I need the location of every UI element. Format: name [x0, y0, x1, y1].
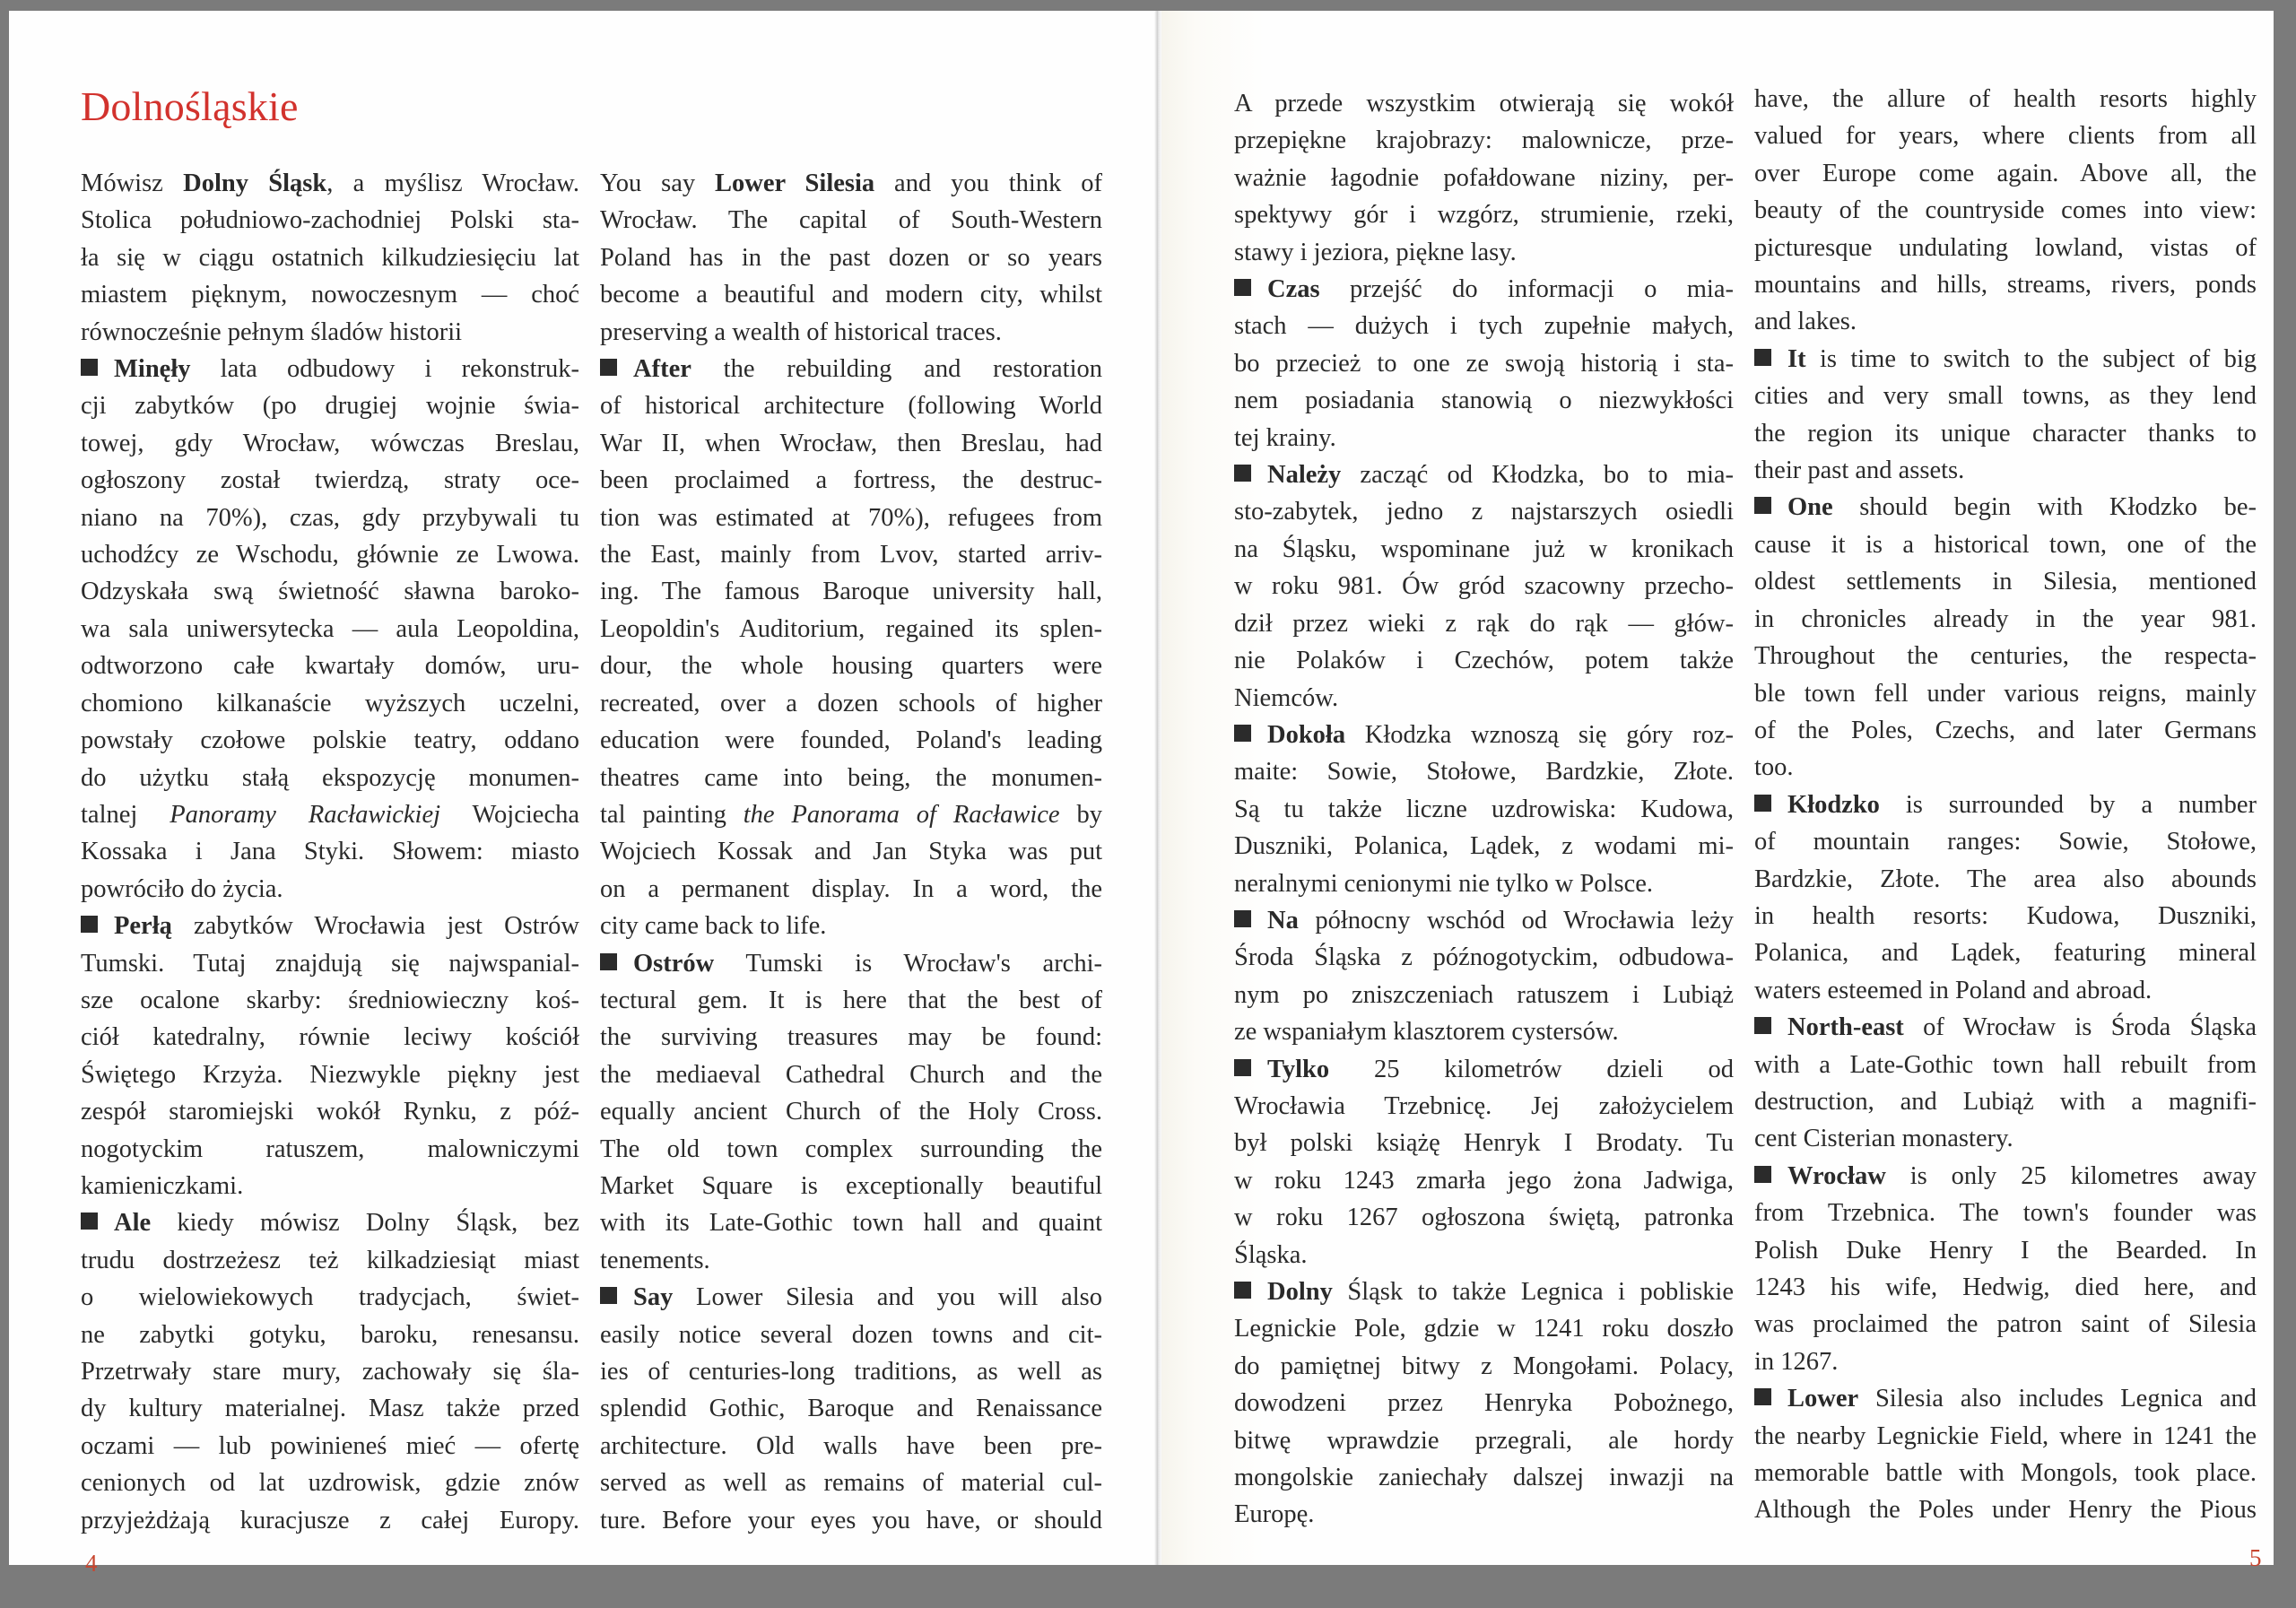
- text-line: tenements.: [600, 1242, 1102, 1279]
- text-run: Wojciecha: [440, 801, 579, 829]
- text-run: lata odbudowy i rekonstruk-: [191, 355, 580, 383]
- text-run: niano na 70%), czas, gdy przybywali tu: [81, 504, 579, 532]
- text-run: cause it is a historical town, one of th…: [1754, 531, 2257, 559]
- paragraph-start-line: Say Lower Silesia and you will also: [600, 1279, 1102, 1316]
- square-bullet-icon: [81, 359, 98, 376]
- text-line: był polski książę Henryk I Brodaty. Tu: [1234, 1125, 1734, 1161]
- text-run: tion was estimated at 70%), refugees fro…: [600, 504, 1102, 532]
- text-run: Lower Silesia and you will also: [673, 1283, 1102, 1311]
- paragraph-start-line: Na północny wschód od Wrocławia leży: [1234, 902, 1734, 939]
- lead-word: Tylko: [1267, 1056, 1329, 1083]
- text-line: uchodźcy ze Wschodu, głównie ze Lwowa.: [81, 536, 579, 573]
- text-line: recreated, over a dozen schools of highe…: [600, 685, 1102, 722]
- text-run: mongolskie zaniechały dalszej inwazji na: [1234, 1464, 1734, 1491]
- text-line: You say Lower Silesia and you think of: [600, 165, 1102, 202]
- text-run: maite: Sowie, Stołowe, Bardzkie, Złote.: [1234, 758, 1734, 786]
- text-line: powstały czołowe polskie teatry, oddano: [81, 722, 579, 759]
- text-line: the mediaeval Cathedral Church and the: [600, 1056, 1102, 1093]
- lead-word: Dokoła: [1267, 721, 1345, 749]
- text-line: War II, when Wrocław, then Breslau, had: [600, 425, 1102, 462]
- text-line: do pamiętnej bitwy z Mongołami. Polacy,: [1234, 1348, 1734, 1385]
- text-run: tectural gem. It is here that the best o…: [600, 987, 1102, 1014]
- text-line: with its Late-Gothic town hall and quain…: [600, 1204, 1102, 1241]
- text-run: over Europe come again. Above all, the: [1754, 160, 2257, 187]
- text-run: the region its unique character thanks t…: [1754, 420, 2257, 448]
- text-run: Duszniki, Polanica, Lądek, z wodami mi-: [1234, 832, 1734, 860]
- text-run: of mountain ranges: Sowie, Stołowe,: [1754, 828, 2257, 856]
- paragraph-start-line: One should begin with Kłodzko be-: [1754, 489, 2257, 526]
- text-line: ogłoszony został twierdzą, straty oce-: [81, 462, 579, 499]
- text-line: Tumski. Tutaj znajdują się najwspanial-: [81, 945, 579, 982]
- text-run: equally ancient Church of the Holy Cross…: [600, 1098, 1102, 1126]
- text-line: the region its unique character thanks t…: [1754, 415, 2257, 452]
- text-line: neralnymi cenionymi nie tylko w Polsce.: [1234, 865, 1734, 902]
- text-run: Throughout the centuries, the respecta-: [1754, 642, 2257, 670]
- italic-title: Panoramy Racławickiej: [170, 801, 440, 829]
- text-run: północny wschód od Wrocławia leży: [1299, 907, 1734, 934]
- text-line: Legnickie Pole, gdzie w 1241 roku doszło: [1234, 1310, 1734, 1347]
- text-run: is time to switch to the subject of big: [1806, 345, 2257, 373]
- text-run: mountains and hills, streams, rivers, po…: [1754, 271, 2257, 299]
- text-line: w roku 981. Ów gród szacowny przecho-: [1234, 568, 1734, 604]
- text-run: 25 kilometrów dzieli od: [1329, 1056, 1734, 1083]
- text-line: their past and assets.: [1754, 452, 2257, 489]
- text-run: splendid Gothic, Baroque and Renaissance: [600, 1395, 1102, 1422]
- text-run: and lakes.: [1754, 308, 1857, 335]
- paragraph-start-line: Kłodzko is surrounded by a number: [1754, 787, 2257, 823]
- text-run: ture. Before your eyes you have, or shou…: [600, 1507, 1102, 1534]
- text-line: Kossaka i Jana Styki. Słowem: miasto: [81, 833, 579, 870]
- text-run: do użytku stałą ekspozycję monumen-: [81, 764, 579, 792]
- text-line: o wielowiekowych tradycjach, świet-: [81, 1279, 579, 1316]
- text-line: education were founded, Poland's leading: [600, 722, 1102, 759]
- text-run: Market Square is exceptionally beautiful: [600, 1172, 1102, 1200]
- text-line: niano na 70%), czas, gdy przybywali tu: [81, 500, 579, 536]
- text-run: trudu dostrzeżesz też kilkadziesiąt mias…: [81, 1247, 579, 1274]
- text-line: oldest settlements in Silesia, mentioned: [1754, 563, 2257, 600]
- text-run: był polski książę Henryk I Brodaty. Tu: [1234, 1129, 1734, 1157]
- text-line: dour, the whole housing quarters were: [600, 648, 1102, 684]
- text-line: Although the Poles under Henry the Pious: [1754, 1491, 2257, 1528]
- text-run: A przede wszystkim otwierają się wokół: [1234, 90, 1734, 117]
- text-run: przepiękne krajobrazy: malownicze, prze-: [1234, 126, 1734, 154]
- text-line: served as well as remains of material cu…: [600, 1465, 1102, 1501]
- text-line: Odzyskała swą świetność sławna baroko-: [81, 573, 579, 610]
- square-bullet-icon: [600, 953, 617, 970]
- text-run: nem posiadania stanowią o niezwykłości: [1234, 387, 1734, 414]
- paragraph-start-line: North-east of Wrocław is Środa Śląska: [1754, 1009, 2257, 1046]
- text-line: beauty of the countryside comes into vie…: [1754, 192, 2257, 229]
- lead-word: Lower Silesia: [715, 169, 874, 197]
- text-line: Przetrwały stare mury, zachowały się śla…: [81, 1353, 579, 1390]
- text-run: beauty of the countryside comes into vie…: [1754, 196, 2257, 224]
- text-run: Kłodzka wznoszą się góry roz-: [1345, 721, 1734, 749]
- text-line: Są tu także liczne uzdrowiska: Kudowa,: [1234, 791, 1734, 828]
- text-run: tej krainy.: [1234, 424, 1336, 452]
- text-line: chomiono kilkanaście wyższych uczelni,: [81, 685, 579, 722]
- text-line: Europę.: [1234, 1496, 1734, 1533]
- text-run: ogłoszony został twierdzą, straty oce-: [81, 466, 579, 494]
- square-bullet-icon: [1754, 1166, 1771, 1183]
- text-run: tal painting: [600, 801, 744, 829]
- text-run: too.: [1754, 753, 1794, 781]
- text-run: Silesia also includes Legnica and: [1858, 1385, 2257, 1412]
- text-line: Niemców.: [1234, 680, 1734, 717]
- text-line: ze wspaniałym klasztorem cystersów.: [1234, 1013, 1734, 1050]
- text-line: too.: [1754, 749, 2257, 786]
- text-line: Polanica, and Lądek, featuring mineral: [1754, 934, 2257, 971]
- text-line: zespół staromiejski wokół Rynku, z póź-: [81, 1093, 579, 1130]
- text-run: in health resorts: Kudowa, Duszniki,: [1754, 902, 2257, 930]
- paragraph-start-line: Wrocław is only 25 kilometres away: [1754, 1158, 2257, 1195]
- text-line: odtworzono całe kwartały domów, uru-: [81, 648, 579, 684]
- text-run: the surviving treasures may be found:: [600, 1023, 1102, 1051]
- text-run: cji zabytków (po drugiej wojnie świa-: [81, 392, 579, 420]
- text-run: bo przecież to one ze swoją historią i s…: [1234, 350, 1734, 378]
- text-line: over Europe come again. Above all, the: [1754, 155, 2257, 192]
- text-line: nym po zniszczeniach ratuszem i Lubiąż: [1234, 977, 1734, 1013]
- text-line: nem posiadania stanowią o niezwykłości: [1234, 382, 1734, 419]
- paragraph-start-line: Należy zacząć od Kłodzka, bo to mia-: [1234, 456, 1734, 493]
- paragraph-start-line: Dokoła Kłodzka wznoszą się góry roz-: [1234, 717, 1734, 753]
- text-run: Stolica południowo-zachodniej Polski sta…: [81, 206, 579, 234]
- lead-word: One: [1787, 493, 1833, 521]
- text-line: destruction, and Lubiąż with a magnifi-: [1754, 1083, 2257, 1120]
- text-line: Leopoldin's Auditorium, regained its spl…: [600, 611, 1102, 648]
- text-run: War II, when Wrocław, then Breslau, had: [600, 430, 1102, 457]
- square-bullet-icon: [81, 1213, 98, 1230]
- text-run: przejść do informacji o mia-: [1320, 275, 1734, 303]
- text-run: Mówisz: [81, 169, 183, 197]
- text-run: with its Late-Gothic town hall and quain…: [600, 1209, 1102, 1237]
- text-run: The old town complex surrounding the: [600, 1135, 1102, 1163]
- text-run: should begin with Kłodzko be-: [1833, 493, 2257, 521]
- text-run: dowodzeni przez Henryka Pobożnego,: [1234, 1389, 1734, 1417]
- text-line: tal painting the Panorama of Racławice b…: [600, 796, 1102, 833]
- paragraph-start-line: Ale kiedy mówisz Dolny Śląsk, bez: [81, 1204, 579, 1241]
- text-line: Mówisz Dolny Śląsk, a myślisz Wrocław.: [81, 165, 579, 202]
- text-line: cause it is a historical town, one of th…: [1754, 526, 2257, 563]
- square-bullet-icon: [1234, 1059, 1251, 1076]
- text-run: nym po zniszczeniach ratuszem i Lubiąż: [1234, 981, 1734, 1009]
- text-run: kiedy mówisz Dolny Śląsk, bez: [151, 1209, 579, 1237]
- text-run: destruction, and Lubiąż with a magnifi-: [1754, 1088, 2257, 1116]
- text-line: architecture. Old walls have been pre-: [600, 1428, 1102, 1465]
- text-line: memorable battle with Mongols, took plac…: [1754, 1455, 2257, 1491]
- text-line: nie Polaków i Czechów, potem także: [1234, 642, 1734, 679]
- text-run: ing. The famous Baroque university hall,: [600, 578, 1102, 605]
- square-bullet-icon: [600, 1287, 617, 1304]
- square-bullet-icon: [1234, 910, 1251, 927]
- text-run: become a beautiful and modern city, whil…: [600, 281, 1102, 309]
- text-run: nie Polaków i Czechów, potem także: [1234, 647, 1734, 674]
- text-line: the East, mainly from Lvov, started arri…: [600, 536, 1102, 573]
- text-run: w roku 1267 ogłoszona świętą, patronka: [1234, 1204, 1734, 1231]
- text-run: Wrocławia Trzebnicę. Jej założycielem: [1234, 1092, 1734, 1120]
- text-line: theatres came into being, the monumen-: [600, 760, 1102, 796]
- text-run: uchodźcy ze Wschodu, głównie ze Lwowa.: [81, 541, 579, 569]
- text-run: waters esteemed in Poland and abroad.: [1754, 977, 2152, 1004]
- text-line: trudu dostrzeżesz też kilkadziesiąt mias…: [81, 1242, 579, 1279]
- text-run: o wielowiekowych tradycjach, świet-: [81, 1283, 579, 1311]
- text-run: the nearby Legnickie Field, where in 124…: [1754, 1422, 2257, 1450]
- text-run: Poland has in the past dozen or so years: [600, 244, 1102, 272]
- text-run: ze wspaniałym klasztorem cystersów.: [1234, 1018, 1619, 1046]
- text-run: in 1267.: [1754, 1348, 1838, 1376]
- text-run: dy kultury materialnej. Masz także przed: [81, 1395, 579, 1422]
- text-run: Tumski is Wrocław's archi-: [714, 950, 1102, 978]
- paragraph-start-line: Czas przejść do informacji o mia-: [1234, 271, 1734, 308]
- lead-word: It: [1787, 345, 1806, 373]
- lead-word: Ostrów: [633, 950, 714, 978]
- text-run: Tumski. Tutaj znajdują się najwspanial-: [81, 950, 579, 978]
- text-run: stach — dużych i tych zupełnie małych,: [1234, 312, 1734, 340]
- square-bullet-icon: [1754, 1017, 1771, 1034]
- text-run: chomiono kilkanaście wyższych uczelni,: [81, 690, 579, 717]
- text-run: easily notice several dozen towns and ci…: [600, 1321, 1102, 1349]
- lead-word: Minęły: [114, 355, 191, 383]
- text-run: on a permanent display. In a word, the: [600, 875, 1102, 903]
- text-line: in 1267.: [1754, 1343, 2257, 1380]
- text-run: w roku 981. Ów gród szacowny przecho-: [1234, 572, 1734, 600]
- text-run: oczami — lub powinieneś mieć — ofertę: [81, 1432, 579, 1460]
- text-run: ne zabytki gotyku, baroku, renesansu.: [81, 1321, 579, 1349]
- text-line: dowodzeni przez Henryka Pobożnego,: [1234, 1385, 1734, 1421]
- text-run: Wojciech Kossak and Jan Styka was put: [600, 838, 1102, 865]
- text-line: waters esteemed in Poland and abroad.: [1754, 972, 2257, 1009]
- text-run: education were founded, Poland's leading: [600, 726, 1102, 754]
- text-line: in chronicles already in the year 981.: [1754, 601, 2257, 638]
- text-run: ies of centuries-long traditions, as wel…: [600, 1358, 1102, 1386]
- paragraph-start-line: Perłą zabytków Wrocławia jest Ostrów: [81, 908, 579, 944]
- page-number-left: 4: [85, 1550, 98, 1578]
- text-line: Wrocław. The capital of South-Western: [600, 202, 1102, 239]
- text-line: bo przecież to one ze swoją historią i s…: [1234, 345, 1734, 382]
- text-run: Bardzkie, Złote. The area also abounds: [1754, 865, 2257, 893]
- text-line: easily notice several dozen towns and ci…: [600, 1317, 1102, 1353]
- text-run: Są tu także liczne uzdrowiska: Kudowa,: [1234, 795, 1734, 823]
- paragraph-start-line: Minęły lata odbudowy i rekonstruk-: [81, 351, 579, 387]
- text-line: Bardzkie, Złote. The area also abounds: [1754, 861, 2257, 898]
- text-line: miastem pięknym, nowoczesnym — choć: [81, 276, 579, 313]
- text-run: bitwę wprawdzie przegrali, ale hordy: [1234, 1427, 1734, 1455]
- text-run: zacząć od Kłodzka, bo to mia-: [1341, 461, 1734, 489]
- text-line: powróciło do życia.: [81, 871, 579, 908]
- text-line: Świętego Krzyża. Niezwykle piękny jest: [81, 1056, 579, 1093]
- text-line: city came back to life.: [600, 908, 1102, 944]
- text-run: of Wrocław is Środa Śląska: [1904, 1013, 2257, 1041]
- lead-word: Lower: [1787, 1385, 1858, 1412]
- text-run: and you think of: [874, 169, 1102, 197]
- text-run: Leopoldin's Auditorium, regained its spl…: [600, 615, 1102, 643]
- text-line: stach — dużych i tych zupełnie małych,: [1234, 308, 1734, 344]
- text-line: ture. Before your eyes you have, or shou…: [600, 1502, 1102, 1539]
- text-line: ing. The famous Baroque university hall,: [600, 573, 1102, 610]
- text-line: Wrocławia Trzebnicę. Jej założycielem: [1234, 1088, 1734, 1125]
- lead-word: Na: [1267, 907, 1299, 934]
- text-run: talnej: [81, 801, 170, 829]
- text-line: become a beautiful and modern city, whil…: [600, 276, 1102, 313]
- text-run: from Trzebnica. The town's founder was: [1754, 1199, 2257, 1227]
- text-run: memorable battle with Mongols, took plac…: [1754, 1459, 2257, 1487]
- text-run: oldest settlements in Silesia, mentioned: [1754, 568, 2257, 595]
- text-line: Środa Śląska z późnogotyckim, odbudowa-: [1234, 939, 1734, 976]
- text-run: preserving a wealth of historical traces…: [600, 318, 1002, 346]
- page-title: Dolnośląskie: [81, 83, 299, 130]
- text-run: kamieniczkami.: [81, 1172, 243, 1200]
- column-left-polish: Mówisz Dolny Śląsk, a myślisz Wrocław.St…: [81, 165, 579, 1539]
- italic-title: the Panorama of Racławice: [744, 801, 1060, 829]
- text-run: tenements.: [600, 1247, 710, 1274]
- text-run: with a Late-Gothic town hall rebuilt fro…: [1754, 1051, 2257, 1079]
- text-run: by: [1060, 801, 1102, 829]
- square-bullet-icon: [1234, 725, 1251, 742]
- text-run: do pamiętnej bitwy z Mongołami. Polacy,: [1234, 1352, 1734, 1380]
- text-line: of the Poles, Czechs, and later Germans: [1754, 712, 2257, 749]
- text-line: the surviving treasures may be found:: [600, 1019, 1102, 1056]
- paragraph-start-line: Tylko 25 kilometrów dzieli od: [1234, 1051, 1734, 1088]
- text-line: kamieniczkami.: [81, 1168, 579, 1204]
- text-run: dour, the whole housing quarters were: [600, 652, 1102, 680]
- text-line: równocześnie pełnym śladów historii: [81, 314, 579, 351]
- text-run: theatres came into being, the monumen-: [600, 764, 1102, 792]
- text-line: mountains and hills, streams, rivers, po…: [1754, 266, 2257, 303]
- text-run: Legnickie Pole, gdzie w 1241 roku doszło: [1234, 1315, 1734, 1343]
- text-line: spektywy gór i wzgórz, strumienie, rzeki…: [1234, 196, 1734, 233]
- text-run: miastem pięknym, nowoczesnym — choć: [81, 281, 579, 309]
- text-line: maite: Sowie, Stołowe, Bardzkie, Złote.: [1234, 753, 1734, 790]
- text-line: sto-zabytek, jedno z najstarszych osiedl…: [1234, 493, 1734, 530]
- text-line: Duszniki, Polanica, Lądek, z wodami mi-: [1234, 828, 1734, 865]
- text-run: is only 25 kilometres away: [1886, 1162, 2257, 1190]
- text-line: ciół katedralny, równie leciwy kościół: [81, 1019, 579, 1056]
- square-bullet-icon: [1754, 497, 1771, 514]
- text-run: , a myślisz Wrocław.: [326, 169, 579, 197]
- text-run: the mediaeval Cathedral Church and the: [600, 1061, 1102, 1089]
- text-run: of historical architecture (following Wo…: [600, 392, 1102, 420]
- lead-word: After: [633, 355, 691, 383]
- text-line: cities and very small towns, as they len…: [1754, 378, 2257, 414]
- text-run: powstały czołowe polskie teatry, oddano: [81, 726, 579, 754]
- text-line: in health resorts: Kudowa, Duszniki,: [1754, 898, 2257, 934]
- column-right-polish: A przede wszystkim otwierają się wokółpr…: [1234, 85, 1734, 1534]
- text-line: was proclaimed the patron saint of Siles…: [1754, 1306, 2257, 1343]
- text-run: architecture. Old walls have been pre-: [600, 1432, 1102, 1460]
- text-line: przyjeżdżają kuracjusze z całej Europy.: [81, 1502, 579, 1539]
- text-run: was proclaimed the patron saint of Siles…: [1754, 1310, 2257, 1338]
- text-line: dził przez wieki z rąk do rąk — głów-: [1234, 605, 1734, 642]
- square-bullet-icon: [1234, 279, 1251, 296]
- paragraph-start-line: Lower Silesia also includes Legnica and: [1754, 1380, 2257, 1417]
- text-run: the rebuilding and restoration: [691, 355, 1102, 383]
- text-line: Market Square is exceptionally beautiful: [600, 1168, 1102, 1204]
- text-run: the East, mainly from Lvov, started arri…: [600, 541, 1102, 569]
- text-run: have, the allure of health resorts highl…: [1754, 85, 2257, 113]
- text-line: Wojciech Kossak and Jan Styka was put: [600, 833, 1102, 870]
- text-line: do użytku stałą ekspozycję monumen-: [81, 760, 579, 796]
- text-run: cities and very small towns, as they len…: [1754, 382, 2257, 410]
- lead-word: Say: [633, 1283, 673, 1311]
- text-line: cji zabytków (po drugiej wojnie świa-: [81, 387, 579, 424]
- text-run: przyjeżdżają kuracjusze z całej Europy.: [81, 1507, 579, 1534]
- text-line: ważnie łagodnie pofałdowane niziny, per-: [1234, 160, 1734, 196]
- text-run: Europę.: [1234, 1500, 1314, 1528]
- lead-word: Ale: [114, 1209, 151, 1237]
- text-run: been proclaimed a fortress, the destruc-: [600, 466, 1102, 494]
- text-run: zespół staromiejski wokół Rynku, z póź-: [81, 1098, 579, 1126]
- square-bullet-icon: [1754, 349, 1771, 366]
- text-run: ciół katedralny, równie leciwy kościół: [81, 1023, 579, 1051]
- text-line: Throughout the centuries, the respecta-: [1754, 638, 2257, 674]
- text-run: zabytków Wrocławia jest Ostrów: [172, 912, 579, 940]
- text-run: of the Poles, Czechs, and later Germans: [1754, 717, 2257, 744]
- book-gutter: [1154, 11, 1161, 1565]
- text-run: in chronicles already in the year 981.: [1754, 605, 2257, 633]
- text-line: tej krainy.: [1234, 420, 1734, 456]
- paragraph-start-line: Ostrów Tumski is Wrocław's archi-: [600, 945, 1102, 982]
- text-line: Stolica południowo-zachodniej Polski sta…: [81, 202, 579, 239]
- text-run: spektywy gór i wzgórz, strumienie, rzeki…: [1234, 201, 1734, 229]
- text-line: splendid Gothic, Baroque and Renaissance: [600, 1390, 1102, 1427]
- text-run: city came back to life.: [600, 912, 826, 940]
- text-run: dził przez wieki z rąk do rąk — głów-: [1234, 610, 1734, 638]
- lead-word: Dolny: [1267, 1278, 1333, 1306]
- text-run: Śląsk to także Legnica i pobliskie: [1333, 1278, 1734, 1306]
- lead-word: Perłą: [114, 912, 172, 940]
- square-bullet-icon: [1234, 1282, 1251, 1299]
- lead-word: Dolny Śląsk: [183, 169, 326, 197]
- text-line: talnej Panoramy Racławickiej Wojciecha: [81, 796, 579, 833]
- column-left-english: You say Lower Silesia and you think ofWr…: [600, 165, 1102, 1539]
- text-run: stawy i jeziora, piękne lasy.: [1234, 239, 1517, 266]
- text-line: have, the allure of health resorts highl…: [1754, 81, 2257, 117]
- text-run: Wrocław. The capital of South-Western: [600, 206, 1102, 234]
- text-run: sto-zabytek, jedno z najstarszych osiedl…: [1234, 498, 1734, 526]
- text-line: A przede wszystkim otwierają się wokół: [1234, 85, 1734, 122]
- text-run: 1243 his wife, Hedwig, died here, and: [1754, 1273, 2257, 1301]
- text-run: their past and assets.: [1754, 456, 1964, 484]
- text-line: Poland has in the past dozen or so years: [600, 239, 1102, 276]
- text-run: Środa Śląska z późnogotyckim, odbudowa-: [1234, 943, 1734, 971]
- text-line: Śląska.: [1234, 1237, 1734, 1273]
- text-line: ne zabytki gotyku, baroku, renesansu.: [81, 1317, 579, 1353]
- page-number-right: 5: [2249, 1544, 2262, 1572]
- text-run: cent Cisterian monastery.: [1754, 1125, 2013, 1152]
- text-line: na Śląsku, wspominane już w kronikach: [1234, 531, 1734, 568]
- text-line: on a permanent display. In a word, the: [600, 871, 1102, 908]
- text-run: odtworzono całe kwartały domów, uru-: [81, 652, 579, 680]
- text-line: w roku 1243 zmarła jego żona Jadwiga,: [1234, 1162, 1734, 1199]
- lead-word: Czas: [1267, 275, 1320, 303]
- text-run: powróciło do życia.: [81, 875, 283, 903]
- text-run: Although the Poles under Henry the Pious: [1754, 1496, 2257, 1524]
- square-bullet-icon: [1754, 1388, 1771, 1405]
- square-bullet-icon: [1234, 465, 1251, 482]
- paragraph-start-line: After the rebuilding and restoration: [600, 351, 1102, 387]
- text-run: w roku 1243 zmarła jego żona Jadwiga,: [1234, 1167, 1734, 1195]
- text-run: na Śląsku, wspominane już w kronikach: [1234, 535, 1734, 563]
- text-line: nogotyckim ratuszem, malowniczymi: [81, 1131, 579, 1168]
- text-line: tectural gem. It is here that the best o…: [600, 982, 1102, 1019]
- text-line: oczami — lub powinieneś mieć — ofertę: [81, 1428, 579, 1465]
- text-line: preserving a wealth of historical traces…: [600, 314, 1102, 351]
- text-run: Przetrwały stare mury, zachowały się śla…: [81, 1358, 579, 1386]
- text-line: The old town complex surrounding the: [600, 1131, 1102, 1168]
- text-run: picturesque undulating lowland, vistas o…: [1754, 234, 2257, 262]
- text-line: ies of centuries-long traditions, as wel…: [600, 1353, 1102, 1390]
- text-run: Śląska.: [1234, 1241, 1308, 1269]
- column-right-english: have, the allure of health resorts highl…: [1754, 81, 2257, 1529]
